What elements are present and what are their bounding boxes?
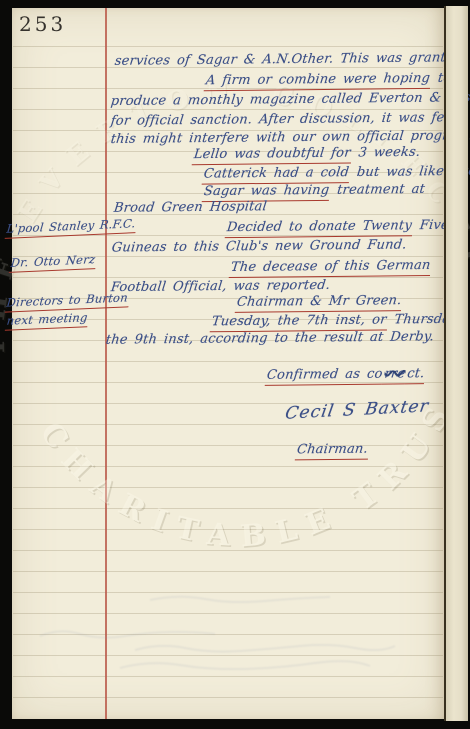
manuscript-text: services of Sagar & A.N.Other. This was … bbox=[0, 0, 470, 729]
underlined-phrase: The decease of this German bbox=[229, 258, 433, 278]
handwritten-line: Decided to donate Twenty Five bbox=[225, 218, 450, 235]
margin-note: next meeting bbox=[5, 310, 89, 328]
margin-note: Dr. Otto Nerz bbox=[9, 252, 97, 270]
handwritten-line: The decease of this German bbox=[229, 258, 432, 275]
handwritten-line: Sagar was having treatment at bbox=[202, 182, 426, 199]
text-segment: Football Official, was reported. bbox=[110, 278, 331, 295]
text-segment: treatment at bbox=[329, 182, 425, 198]
text-segment: services of Sagar & A.N.Other. This was … bbox=[114, 50, 468, 69]
text-segment: Cecil S Baxter bbox=[284, 396, 431, 423]
handwritten-line: Tuesday, the 7th inst, or Thursday, bbox=[210, 312, 461, 330]
handwritten-line: Catterick had a cold but was likely to p… bbox=[202, 163, 470, 181]
handwritten-line: A firm or combine were hoping to bbox=[204, 71, 452, 89]
underlined-phrase: Dr. Otto Nerz bbox=[9, 252, 97, 272]
text-segment: the 9th inst, according to the result at… bbox=[105, 329, 435, 347]
handwritten-line: services of Sagar & A.N.Other. This was … bbox=[114, 50, 468, 69]
page-gutter-edge bbox=[444, 6, 468, 721]
handwritten-line: Chairman. bbox=[295, 442, 370, 458]
handwritten-line: Lello was doubtful for 3 weeks. bbox=[192, 145, 421, 162]
underlined-phrase: Chairman & Mr Green. bbox=[235, 293, 404, 312]
underlined-phrase: rre bbox=[382, 366, 407, 384]
handwritten-line: Chairman & Mr Green. bbox=[235, 293, 403, 310]
handwritten-line: for official sanction. After discussion,… bbox=[110, 110, 455, 129]
underlined-phrase: Chairman. bbox=[295, 442, 370, 460]
underlined-phrase: Lello was doubtful for bbox=[192, 146, 353, 165]
underlined-phrase: Confirmed as co bbox=[265, 367, 385, 386]
text-segment: 3 weeks. bbox=[351, 145, 421, 161]
chairman-signature: Cecil S Baxter bbox=[284, 396, 431, 423]
text-segment: for official sanction. After discussion,… bbox=[110, 110, 455, 129]
underlined-phrase: Catterick had a cold bbox=[202, 165, 351, 184]
handwritten-line: Confirmed as correct. bbox=[265, 366, 426, 383]
underlined-phrase: Tuesday, the 7th inst, or bbox=[210, 312, 389, 331]
underlined-phrase: L'pool Stanley R.F.C. bbox=[5, 216, 137, 238]
handwritten-line: the 9th inst, according to the result at… bbox=[105, 329, 435, 347]
handwritten-line: produce a monthly magazine called Everto… bbox=[110, 90, 470, 109]
underlined-phrase: next meeting bbox=[5, 310, 89, 330]
underlined-phrase: A firm or combine were hoping bbox=[204, 71, 432, 91]
text-segment: produce a monthly magazine called Everto… bbox=[110, 90, 470, 109]
underlined-phrase: Directors to Burton bbox=[5, 290, 130, 312]
scanned-minute-book-page: 253 THE EVERTON COLLECTION THE EVERTON C… bbox=[0, 0, 470, 729]
margin-note: Directors to Burton bbox=[5, 290, 130, 309]
handwritten-line: Guineas to this Club's new Ground Fund. bbox=[111, 237, 407, 255]
text-segment: Guineas to this Club's new Ground Fund. bbox=[111, 237, 407, 255]
margin-note: L'pool Stanley R.F.C. bbox=[5, 216, 137, 236]
handwritten-line: Broad Green Hospital bbox=[113, 199, 268, 216]
handwritten-line: Football Official, was reported. bbox=[110, 278, 331, 295]
underlined-phrase: Decided to donate Twenty bbox=[225, 218, 414, 237]
text-segment: Broad Green Hospital bbox=[113, 199, 268, 216]
underlined-phrase: ct. bbox=[405, 366, 426, 384]
